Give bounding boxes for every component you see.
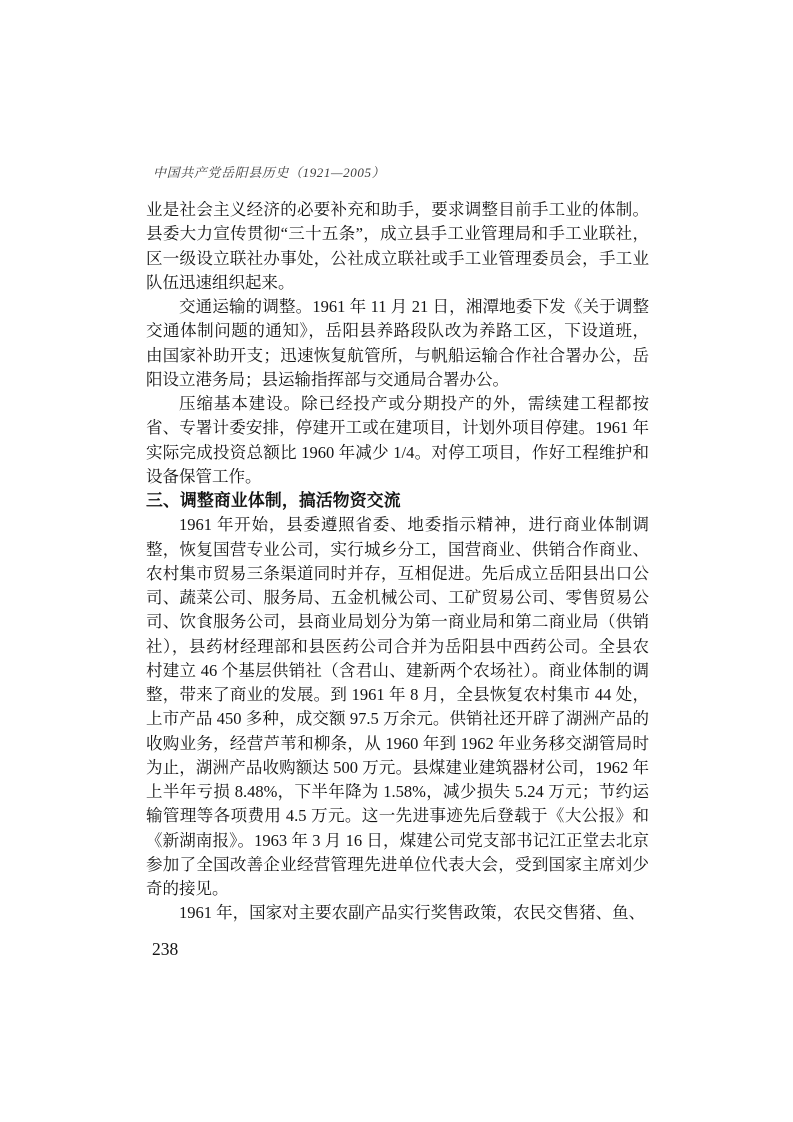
book-page: 中国共产党岳阳县历史（1921—2005） 业是社会主义经济的必要补充和助手，要… <box>0 0 793 1122</box>
section-heading: 三、调整商业体制，搞活物资交流 <box>146 489 649 513</box>
page-number: 238 <box>152 939 178 960</box>
page-body: 业是社会主义经济的必要补充和助手，要求调整目前手工业的体制。县委大力宣传贯彻“三… <box>146 198 649 926</box>
paragraph-handicraft-continuation: 业是社会主义经济的必要补充和助手，要求调整目前手工业的体制。县委大力宣传贯彻“三… <box>146 198 649 295</box>
running-head: 中国共产党岳阳县历史（1921—2005） <box>153 162 385 181</box>
paragraph-reward-sale-policy: 1961 年，国家对主要农副产品实行奖售政策，农民交售猪、鱼、 <box>146 901 649 925</box>
paragraph-commerce-reform: 1961 年开始，县委遵照省委、地委指示精神，进行商业体制调整，恢复国营专业公司… <box>146 513 649 901</box>
paragraph-capital-construction: 压缩基本建设。除已经投产或分期投产的外，需续建工程都按省、专署计委安排，停建开工… <box>146 392 649 489</box>
paragraph-transport-adjustment: 交通运输的调整。1961 年 11 月 21 日，湘潭地委下发《关于调整交通体制… <box>146 295 649 392</box>
